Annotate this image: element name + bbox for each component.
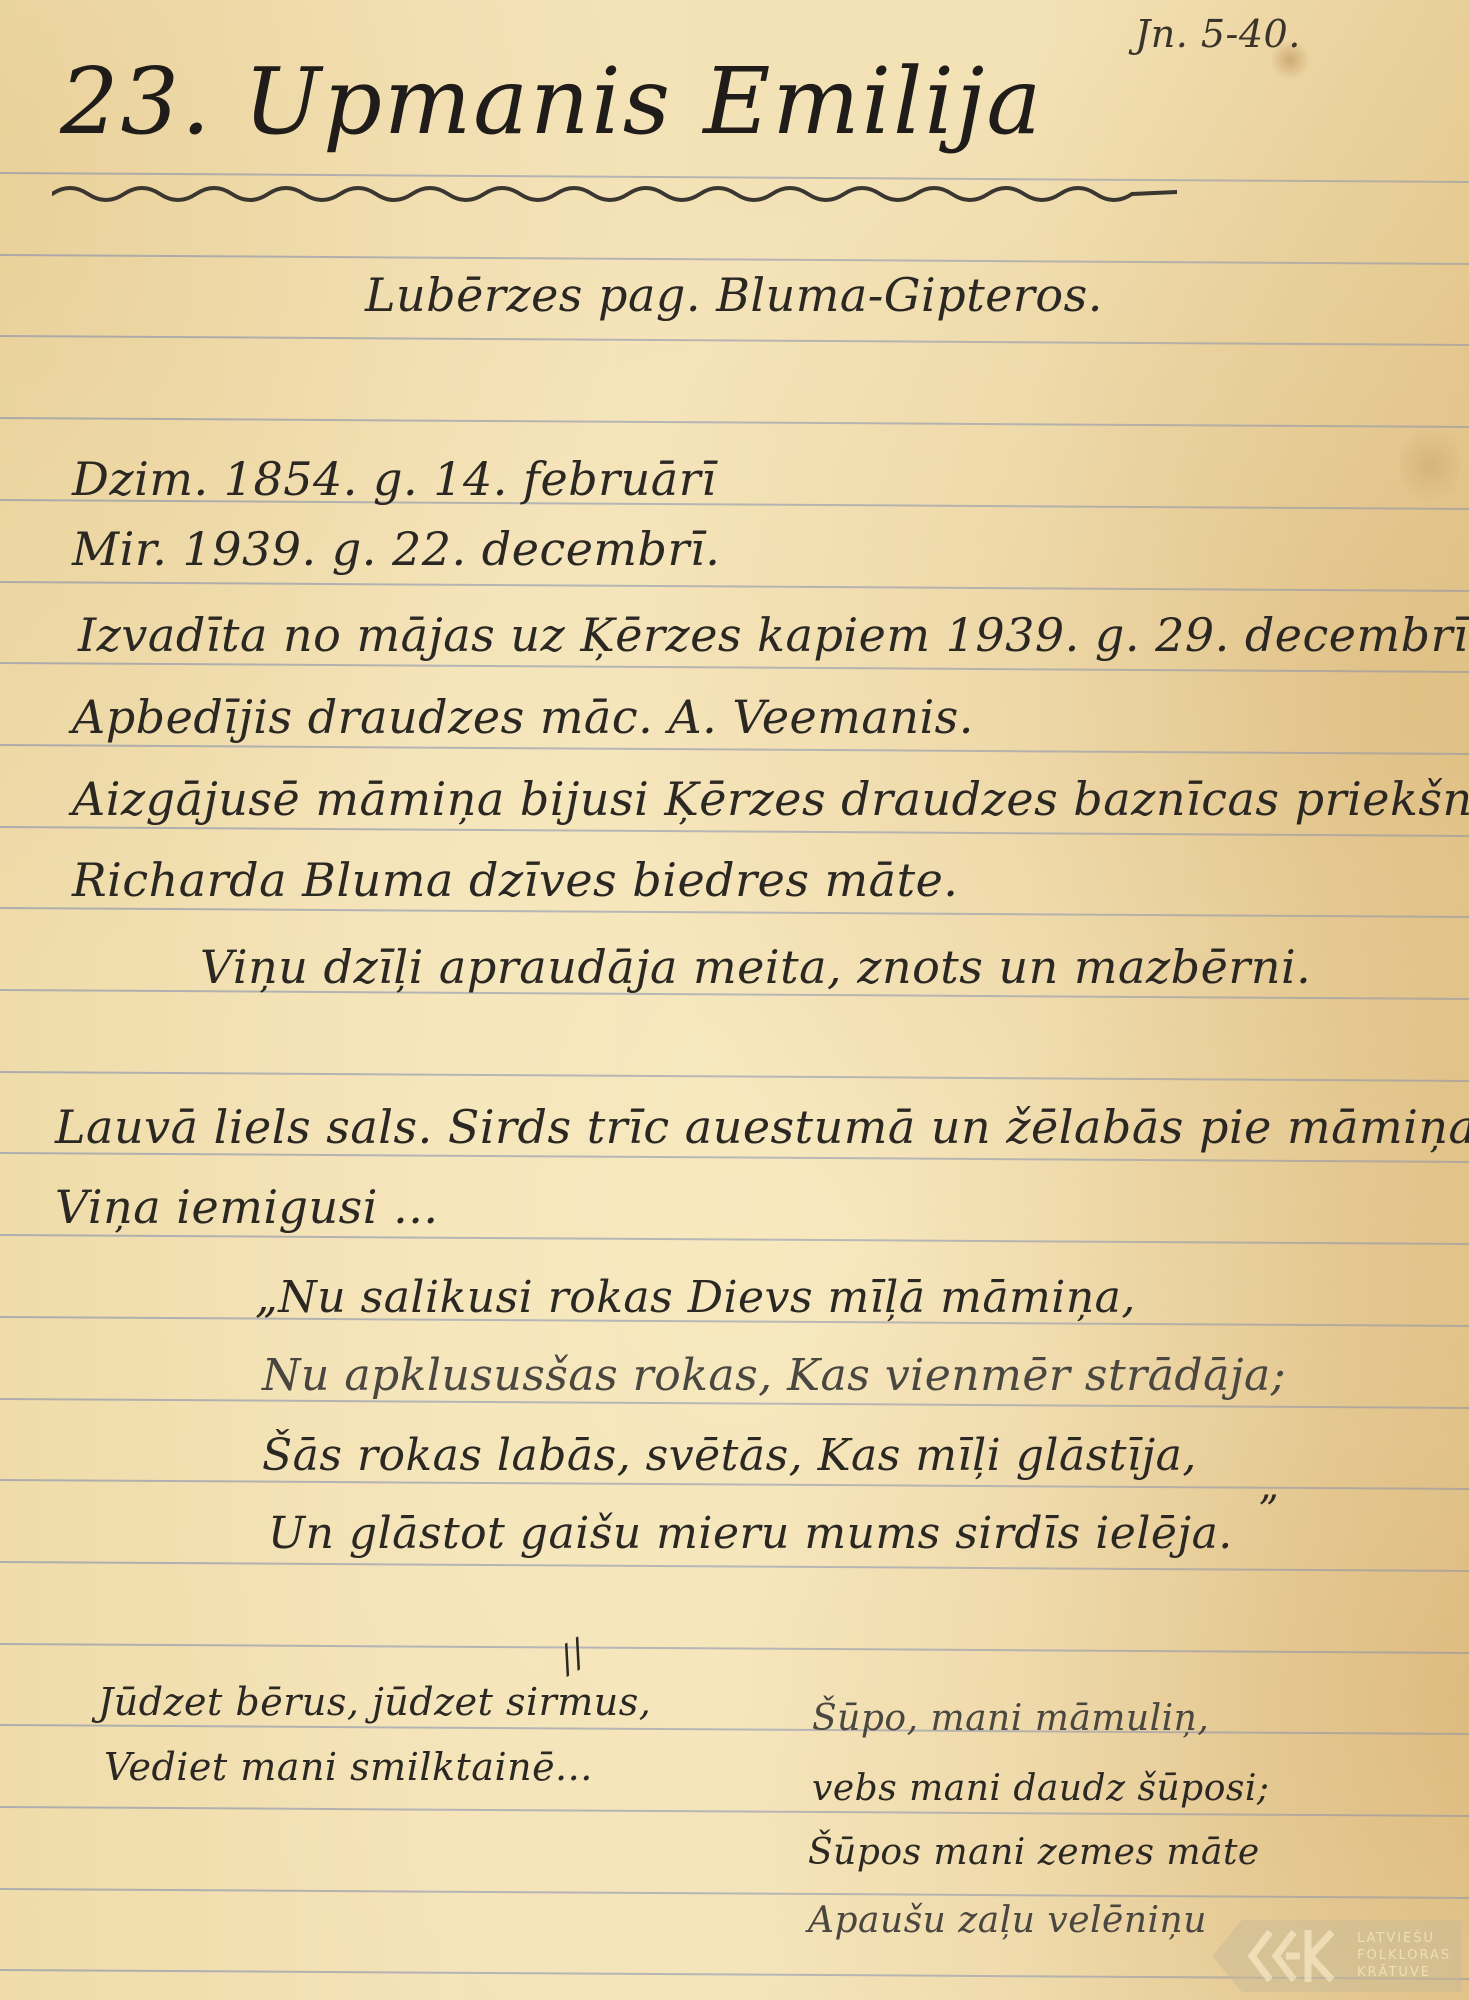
- death-date-line: Mir. 1939. g. 22. decembrī.: [72, 522, 720, 576]
- poem-right-line: Šūpos mani zemes māte: [808, 1832, 1260, 1873]
- watermark-line: LATVIEŠU: [1357, 1930, 1451, 1947]
- watermark-text: LATVIEŠU FOLKLORAS KRĀTUVE: [1357, 1930, 1451, 1981]
- poem-main-line: Nu apklususšas rokas, Kas vienmēr strādā…: [262, 1350, 1286, 1401]
- mourners-line: Viņu dzīļi apraudāja meita, znots un maz…: [200, 940, 1311, 994]
- watermark-line: FOLKLORAS: [1357, 1947, 1451, 1964]
- narrative-line-2: Viņa iemigusi ...: [55, 1180, 438, 1234]
- poem-left-line: Vediet mani smilktainē...: [104, 1745, 593, 1789]
- poem-right-line: Šūpo, mani māmuliņ,: [812, 1698, 1209, 1739]
- header-date: Jn. 5-40.: [1135, 12, 1301, 56]
- poem-right-line: vebs mani daudz šūposi;: [812, 1768, 1270, 1809]
- archive-watermark: LATVIEŠU FOLKLORAS KRĀTUVE: [1212, 1916, 1469, 2000]
- relation-line-2: Richarda Bluma dzīves biedres māte.: [72, 853, 958, 907]
- poem-main-line: Šās rokas labās, svētās, Kas mīļi glāstī…: [262, 1430, 1197, 1481]
- birth-date-line: Dzim. 1854. g. 14. februārī: [72, 452, 716, 506]
- paper-stain: [1400, 420, 1460, 510]
- wavy-underline: [52, 182, 1177, 212]
- relation-line-1: Aizgājusē māmiņa bijusi Ķērzes draudzes …: [72, 772, 1469, 826]
- location-line: Lubērzes pag. Bluma-Gipteros.: [365, 268, 1103, 322]
- closing-quote: ”: [1258, 1488, 1279, 1534]
- funeral-line: Izvadīta no mājas uz Ķērzes kapiem 1939.…: [78, 608, 1469, 662]
- watermark-line: KRĀTUVE: [1357, 1964, 1451, 1981]
- pastor-line: Apbedījis draudzes māc. A. Veemanis.: [72, 690, 974, 744]
- page-title: 23. Upmanis Emilija: [60, 48, 1043, 155]
- lfk-chevron-logo-icon: [1242, 1926, 1342, 1986]
- narrative-line-1: Lauvā liels sals. Sirds trīc auestumā un…: [55, 1100, 1469, 1154]
- poem-main-line: Un glāstot gaišu mieru mums sirdīs ielēj…: [268, 1508, 1233, 1559]
- poem-main-line: „Nu salikusi rokas Dievs mīļā māmiņa,: [255, 1272, 1136, 1323]
- poem-left-line: Jūdzet bērus, jūdzet sirmus,: [98, 1680, 651, 1724]
- poem-right-line: Apaušu zaļu velēniņu: [808, 1900, 1207, 1941]
